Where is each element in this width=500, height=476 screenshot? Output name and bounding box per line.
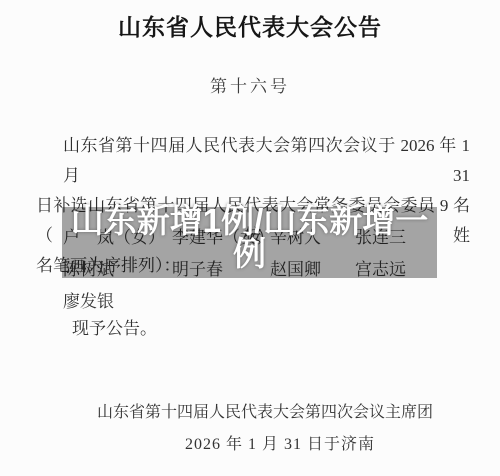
caption-line: 例 [62, 237, 437, 270]
name-cell: 廖发银 [63, 286, 172, 318]
closing-text: 现予公告。 [72, 318, 157, 340]
name-cell [172, 286, 270, 318]
signature-line: 山东省第十四届人民代表大会第四次会议主席团 [0, 402, 433, 424]
date-line: 2026 年 1 月 31 日于济南 [60, 434, 500, 456]
name-cell [355, 286, 463, 318]
announcement-document: 山东省人民代表大会公告 第十六号 山东省第十四届人民代表大会第四次会议于 202… [0, 0, 500, 476]
document-title: 山东省人民代表大会公告 [0, 12, 500, 42]
body-line: 山东省第十四届人民代表大会第四次会议于 2026 年 1 月 31 [36, 131, 470, 191]
name-cell [270, 286, 355, 318]
caption-line: 山东新增1例/山东新增一 [62, 204, 437, 237]
document-number: 第十六号 [0, 76, 500, 98]
caption-overlay-text: 山东新增1例/山东新增一 例 [62, 204, 437, 270]
